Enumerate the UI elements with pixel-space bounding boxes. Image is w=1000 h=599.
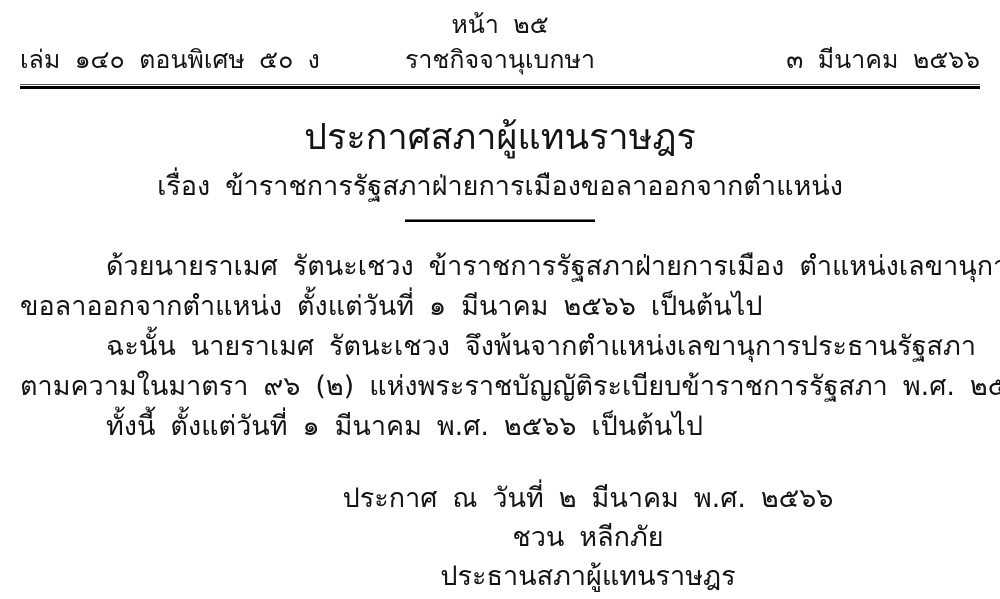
paragraph-1-line-1: ด้วยนายราเมศ รัตนะเชวง ข้าราชการรัฐสภาฝ่… xyxy=(20,247,980,287)
subject-divider-rule xyxy=(405,219,595,223)
gazette-header-row: เล่ม ๑๔๐ ตอนพิเศษ ๕๐ ง ราชกิจจานุเบกษา ๓… xyxy=(20,42,980,78)
signer-title: ประธานสภาผู้แทนราษฎร xyxy=(196,557,980,596)
signature-block: ประกาศ ณ วันที่ ๒ มีนาคม พ.ศ. ๒๕๖๖ ชวน ห… xyxy=(196,479,980,596)
promulgation-date-line: ประกาศ ณ วันที่ ๒ มีนาคม พ.ศ. ๒๕๖๖ xyxy=(196,479,980,518)
announcement-body: ด้วยนายราเมศ รัตนะเชวง ข้าราชการรัฐสภาฝ่… xyxy=(20,247,980,447)
paragraph-2-line-1: ฉะนั้น นายราเมศ รัตนะเชวง จึงพ้นจากตำแหน… xyxy=(20,327,980,367)
page-number-label: หน้า ๒๕ xyxy=(20,8,980,42)
volume-issue-label: เล่ม ๑๔๐ ตอนพิเศษ ๕๐ ง xyxy=(20,42,320,78)
signer-name: ชวน หลีกภัย xyxy=(196,518,980,557)
announcement-title: ประกาศสภาผู้แทนราษฎร xyxy=(20,114,980,162)
paragraph-2-line-2: ตามความในมาตรา ๙๖ (๒) แห่งพระราชบัญญัติร… xyxy=(20,367,980,407)
header-rule xyxy=(20,84,980,90)
announcement-subject: เรื่อง ข้าราชการรัฐสภาฝ่ายการเมืองขอลาออ… xyxy=(20,168,980,206)
gazette-title: ราชกิจจานุเบกษา xyxy=(405,42,595,78)
paragraph-3-line-1: ทั้งนี้ ตั้งแต่วันที่ ๑ มีนาคม พ.ศ. ๒๕๖๖… xyxy=(20,407,980,447)
issue-date-label: ๓ มีนาคม ๒๕๖๖ xyxy=(786,42,980,78)
gazette-page: หน้า ๒๕ เล่ม ๑๔๐ ตอนพิเศษ ๕๐ ง ราชกิจจาน… xyxy=(0,0,1000,599)
paragraph-1-line-2: ขอลาออกจากตำแหน่ง ตั้งแต่วันที่ ๑ มีนาคม… xyxy=(20,287,980,327)
